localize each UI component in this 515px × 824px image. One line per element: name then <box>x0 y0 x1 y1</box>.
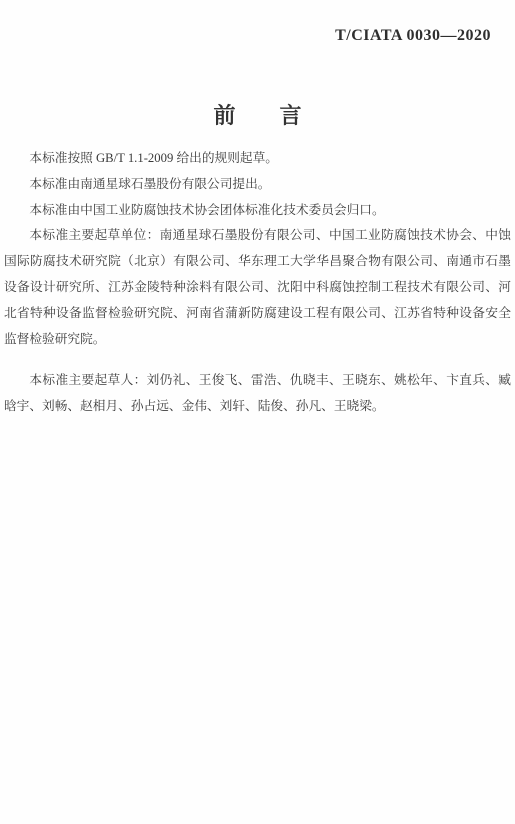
document-page: T/CIATA 0030—2020 前 言 本标准按照 GB/T 1.1-200… <box>0 0 515 824</box>
paragraph-drafting-organizations: 本标准主要起草单位：南通星球石墨股份有限公司、中国工业防腐蚀技术协会、中蚀国际防… <box>4 223 511 352</box>
page-title: 前 言 <box>0 99 515 130</box>
paragraph-drafting-rule: 本标准按照 GB/T 1.1-2009 给出的规则起草。 <box>4 146 511 172</box>
paragraph-centralized-by: 本标准由中国工业防腐蚀技术协会团体标准化技术委员会归口。 <box>4 198 511 224</box>
paragraph-proposed-by: 本标准由南通星球石墨股份有限公司提出。 <box>4 172 511 198</box>
standard-code: T/CIATA 0030—2020 <box>335 27 491 45</box>
paragraph-drafters: 本标准主要起草人：刘仍礼、王俊飞、雷浩、仇晓丰、王晓东、姚松年、卞直兵、臧晗宇、… <box>4 368 511 420</box>
document-body: 本标准按照 GB/T 1.1-2009 给出的规则起草。 本标准由南通星球石墨股… <box>4 146 511 420</box>
